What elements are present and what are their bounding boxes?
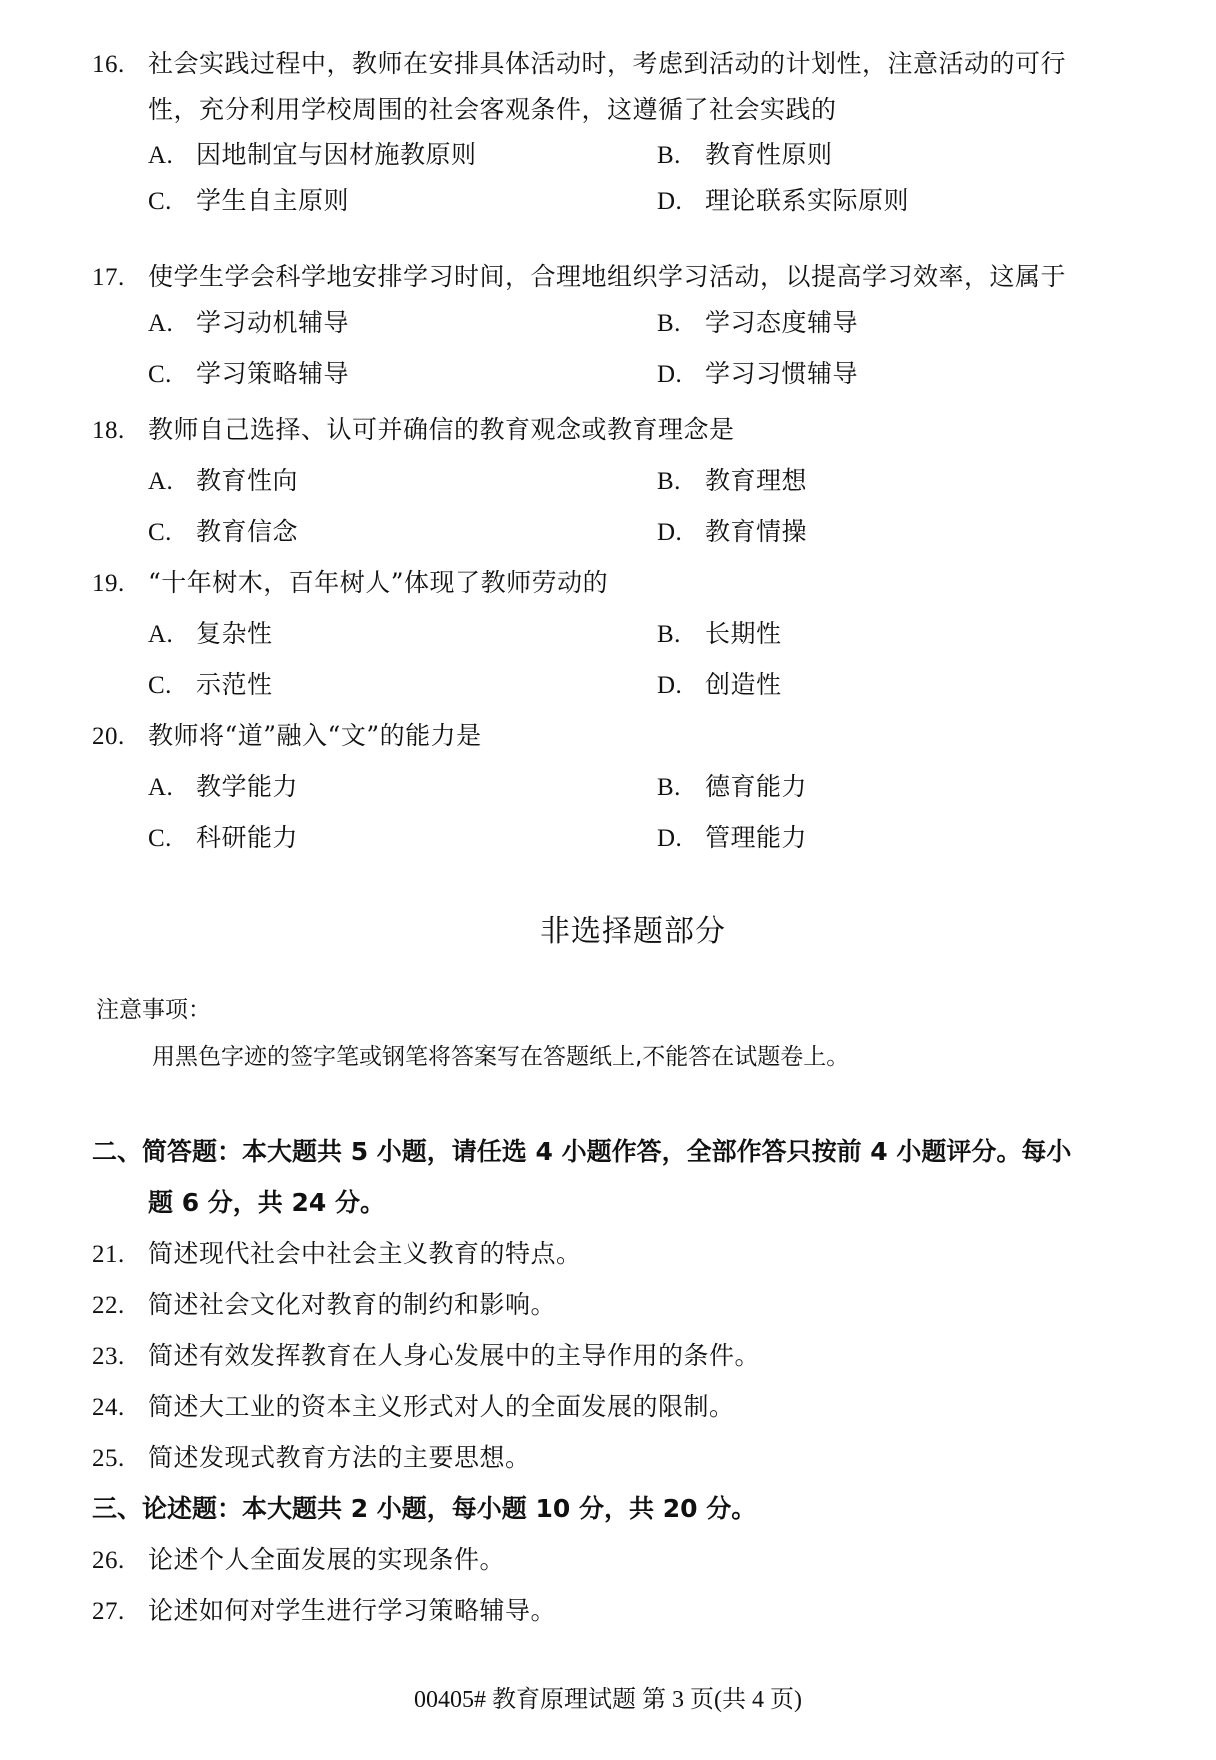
question-20-option-c: C.科研能力 xyxy=(148,821,298,856)
section-title: 非选择题部分 xyxy=(540,912,726,952)
notice-label: 注意事项： xyxy=(96,994,211,1026)
option-letter: A. xyxy=(148,139,196,173)
question-26: 26.论述个人全面发展的实现条件。 xyxy=(92,1543,505,1578)
question-number: 27. xyxy=(92,1595,148,1629)
question-number: 25. xyxy=(92,1442,148,1476)
question-text: 简述有效发挥教育在人身心发展中的主导作用的条件。 xyxy=(148,1341,760,1370)
part3-heading: 三、论述题：本大题共 2 小题，每小题 10 分，共 20 分。 xyxy=(92,1492,756,1526)
option-letter: D. xyxy=(657,516,705,550)
question-17-option-a: A.学习动机辅导 xyxy=(148,306,349,341)
question-19-option-b: B.长期性 xyxy=(657,617,782,652)
question-17-option-b: B.学习态度辅导 xyxy=(657,306,858,341)
question-16-option-d: D.理论联系实际原则 xyxy=(657,184,909,219)
question-text: 简述现代社会中社会主义教育的特点。 xyxy=(148,1239,582,1268)
option-text: 因地制宜与因材施教原则 xyxy=(196,140,477,169)
option-text: 教学能力 xyxy=(196,772,298,801)
option-text: 学习策略辅导 xyxy=(196,359,349,388)
question-27: 27.论述如何对学生进行学习策略辅导。 xyxy=(92,1594,556,1629)
question-16-stem-cont: 性，充分利用学校周围的社会客观条件，这遵循了社会实践的 xyxy=(148,93,837,127)
option-text: 管理能力 xyxy=(705,823,807,852)
option-text: 学习动机辅导 xyxy=(196,308,349,337)
option-text: 长期性 xyxy=(705,619,782,648)
question-text: 简述发现式教育方法的主要思想。 xyxy=(148,1443,531,1472)
question-19-option-a: A.复杂性 xyxy=(148,617,273,652)
option-text: 理论联系实际原则 xyxy=(705,186,909,215)
question-number: 20. xyxy=(92,720,148,754)
question-text: 简述大工业的资本主义形式对人的全面发展的限制。 xyxy=(148,1392,735,1421)
question-text: 论述个人全面发展的实现条件。 xyxy=(148,1545,505,1574)
option-text: 学生自主原则 xyxy=(196,186,349,215)
option-text: 教育性向 xyxy=(196,466,298,495)
question-20-stem: 20.教师将“道”融入“文”的能力是 xyxy=(92,719,482,754)
option-text: 德育能力 xyxy=(705,772,807,801)
question-17-option-d: D.学习习惯辅导 xyxy=(657,357,858,392)
notice-text: 用黑色字迹的签字笔或钢笔将答案写在答题纸上,不能答在试题卷上。 xyxy=(152,1041,849,1073)
question-18-stem: 18.教师自己选择、认可并确信的教育观念或教育理念是 xyxy=(92,413,735,448)
question-number: 23. xyxy=(92,1340,148,1374)
question-stem-text: 教师自己选择、认可并确信的教育观念或教育理念是 xyxy=(148,415,735,444)
option-letter: D. xyxy=(657,358,705,392)
question-17-stem: 17.使学生学会科学地安排学习时间，合理地组织学习活动，以提高学习效率，这属于 xyxy=(92,260,1066,295)
question-16-option-c: C.学生自主原则 xyxy=(148,184,349,219)
question-number: 19. xyxy=(92,567,148,601)
question-stem-text: 社会实践过程中，教师在安排具体活动时，考虑到活动的计划性，注意活动的可行 xyxy=(148,49,1066,78)
option-letter: B. xyxy=(657,618,705,652)
question-number: 17. xyxy=(92,261,148,295)
option-letter: B. xyxy=(657,307,705,341)
page-footer: 00405# 教育原理试题 第 3 页(共 4 页) xyxy=(0,1684,1216,1716)
question-18-option-a: A.教育性向 xyxy=(148,464,298,499)
question-23: 23.简述有效发挥教育在人身心发展中的主导作用的条件。 xyxy=(92,1339,760,1374)
option-text: 教育情操 xyxy=(705,517,807,546)
option-text: 学习态度辅导 xyxy=(705,308,858,337)
question-17-option-c: C.学习策略辅导 xyxy=(148,357,349,392)
question-number: 18. xyxy=(92,414,148,448)
part2-heading-cont: 题 6 分，共 24 分。 xyxy=(148,1186,385,1220)
option-text: 科研能力 xyxy=(196,823,298,852)
option-letter: A. xyxy=(148,618,196,652)
option-text: 复杂性 xyxy=(196,619,273,648)
option-letter: A. xyxy=(148,465,196,499)
question-19-stem: 19.“十年树木，百年树人”体现了教师劳动的 xyxy=(92,566,608,601)
question-24: 24.简述大工业的资本主义形式对人的全面发展的限制。 xyxy=(92,1390,735,1425)
question-18-option-c: C.教育信念 xyxy=(148,515,298,550)
option-letter: C. xyxy=(148,516,196,550)
question-stem-text: 使学生学会科学地安排学习时间，合理地组织学习活动，以提高学习效率，这属于 xyxy=(148,262,1066,291)
question-stem-text: 教师将“道”融入“文”的能力是 xyxy=(148,721,482,750)
option-letter: A. xyxy=(148,771,196,805)
question-18-option-d: D.教育情操 xyxy=(657,515,807,550)
question-number: 21. xyxy=(92,1238,148,1272)
option-letter: C. xyxy=(148,669,196,703)
question-20-option-d: D.管理能力 xyxy=(657,821,807,856)
question-16-option-b: B.教育性原则 xyxy=(657,138,833,173)
question-20-option-a: A.教学能力 xyxy=(148,770,298,805)
question-number: 24. xyxy=(92,1391,148,1425)
question-number: 26. xyxy=(92,1544,148,1578)
option-letter: B. xyxy=(657,465,705,499)
option-text: 教育理想 xyxy=(705,466,807,495)
option-text: 示范性 xyxy=(196,670,273,699)
option-letter: D. xyxy=(657,669,705,703)
option-text: 教育性原则 xyxy=(705,140,833,169)
exam-page: 16.社会实践过程中，教师在安排具体活动时，考虑到活动的计划性，注意活动的可行 … xyxy=(0,0,1216,1760)
option-letter: C. xyxy=(148,822,196,856)
part2-heading: 二、简答题：本大题共 5 小题，请任选 4 小题作答，全部作答只按前 4 小题评… xyxy=(92,1135,1071,1169)
question-25: 25.简述发现式教育方法的主要思想。 xyxy=(92,1441,531,1476)
option-text: 教育信念 xyxy=(196,517,298,546)
question-20-option-b: B.德育能力 xyxy=(657,770,807,805)
question-text: 简述社会文化对教育的制约和影响。 xyxy=(148,1290,556,1319)
option-text: 创造性 xyxy=(705,670,782,699)
question-16-option-a: A.因地制宜与因材施教原则 xyxy=(148,138,477,173)
question-number: 16. xyxy=(92,48,148,82)
question-number: 22. xyxy=(92,1289,148,1323)
option-letter: D. xyxy=(657,185,705,219)
question-19-option-c: C.示范性 xyxy=(148,668,273,703)
question-text: 论述如何对学生进行学习策略辅导。 xyxy=(148,1596,556,1625)
question-stem-text: “十年树木，百年树人”体现了教师劳动的 xyxy=(148,568,608,597)
question-16-stem: 16.社会实践过程中，教师在安排具体活动时，考虑到活动的计划性，注意活动的可行 xyxy=(92,47,1066,82)
question-21: 21.简述现代社会中社会主义教育的特点。 xyxy=(92,1237,582,1272)
option-letter: D. xyxy=(657,822,705,856)
option-letter: B. xyxy=(657,771,705,805)
option-letter: B. xyxy=(657,139,705,173)
option-letter: C. xyxy=(148,185,196,219)
question-19-option-d: D.创造性 xyxy=(657,668,782,703)
question-18-option-b: B.教育理想 xyxy=(657,464,807,499)
question-22: 22.简述社会文化对教育的制约和影响。 xyxy=(92,1288,556,1323)
option-letter: C. xyxy=(148,358,196,392)
option-text: 学习习惯辅导 xyxy=(705,359,858,388)
option-letter: A. xyxy=(148,307,196,341)
